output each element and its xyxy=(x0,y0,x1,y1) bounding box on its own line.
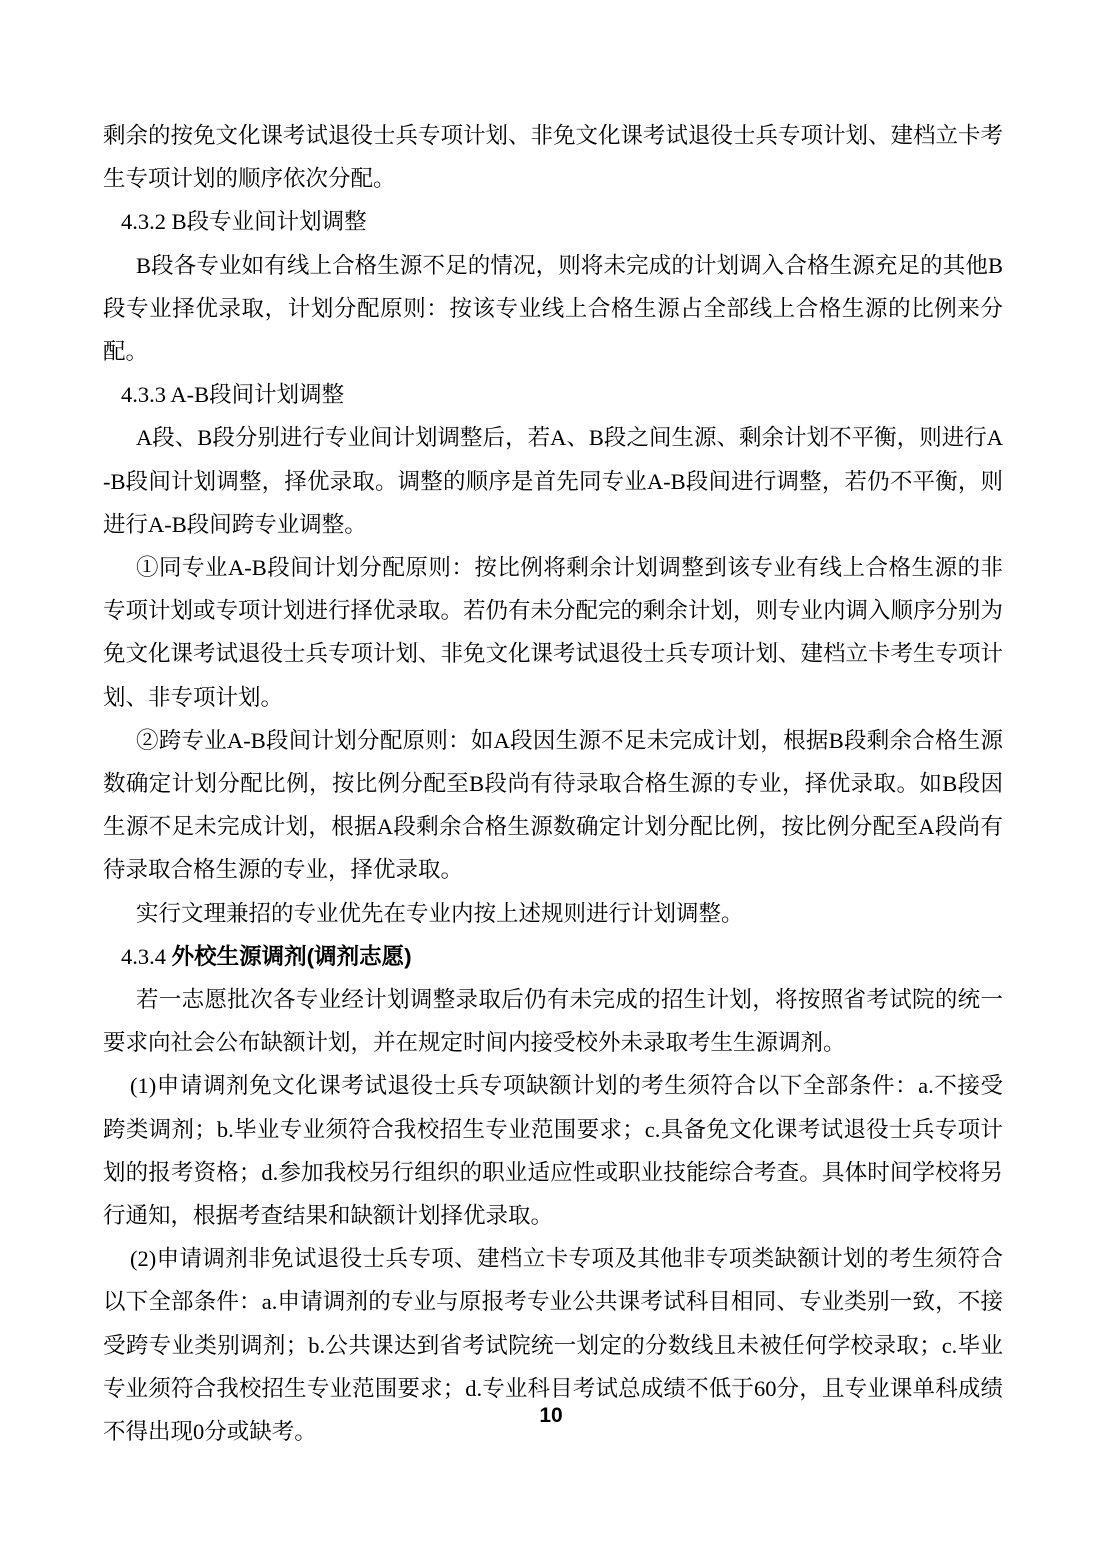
paragraph: 实行文理兼招的专业优先在专业内按上述规则进行计划调整。 xyxy=(103,892,1003,935)
section-heading-4-3-4: 4.3.4 外校生源调剂(调剂志愿) xyxy=(103,935,1003,978)
paragraph-continuation: 剩余的按免文化课考试退役士兵专项计划、非免文化课考试退役士兵专项计划、建档立卡考… xyxy=(103,114,1003,200)
page-number: 10 xyxy=(0,1403,1102,1429)
paragraph-item-2: ②跨专业A-B段间计划分配原则：如A段因生源不足未完成计划，根据B段剩余合格生源… xyxy=(103,719,1003,892)
paragraph-item-1: ①同专业A-B段间计划分配原则：按比例将剩余计划调整到该专业有线上合格生源的非专… xyxy=(103,546,1003,719)
section-heading-4-3-2: 4.3.2 B段专业间计划调整 xyxy=(103,200,1003,243)
paragraph-condition-1: (1)申请调剂免文化课考试退役士兵专项缺额计划的考生须符合以下全部条件：a.不接… xyxy=(103,1064,1003,1237)
heading-title: 外校生源调剂(调剂志愿) xyxy=(172,944,412,969)
document-page: 剩余的按免文化课考试退役士兵专项计划、非免文化课考试退役士兵专项计划、建档立卡考… xyxy=(0,0,1102,1559)
heading-number: 4.3.4 xyxy=(121,944,172,969)
paragraph: A段、B段分别进行专业间计划调整后，若A、B段之间生源、剩余计划不平衡，则进行A… xyxy=(103,416,1003,546)
document-body: 剩余的按免文化课考试退役士兵专项计划、非免文化课考试退役士兵专项计划、建档立卡考… xyxy=(103,114,1003,1453)
paragraph: B段各专业如有线上合格生源不足的情况，则将未完成的计划调入合格生源充足的其他B段… xyxy=(103,244,1003,374)
paragraph: 若一志愿批次各专业经计划调整录取后仍有未完成的招生计划，将按照省考试院的统一要求… xyxy=(103,978,1003,1064)
section-heading-4-3-3: 4.3.3 A-B段间计划调整 xyxy=(103,373,1003,416)
